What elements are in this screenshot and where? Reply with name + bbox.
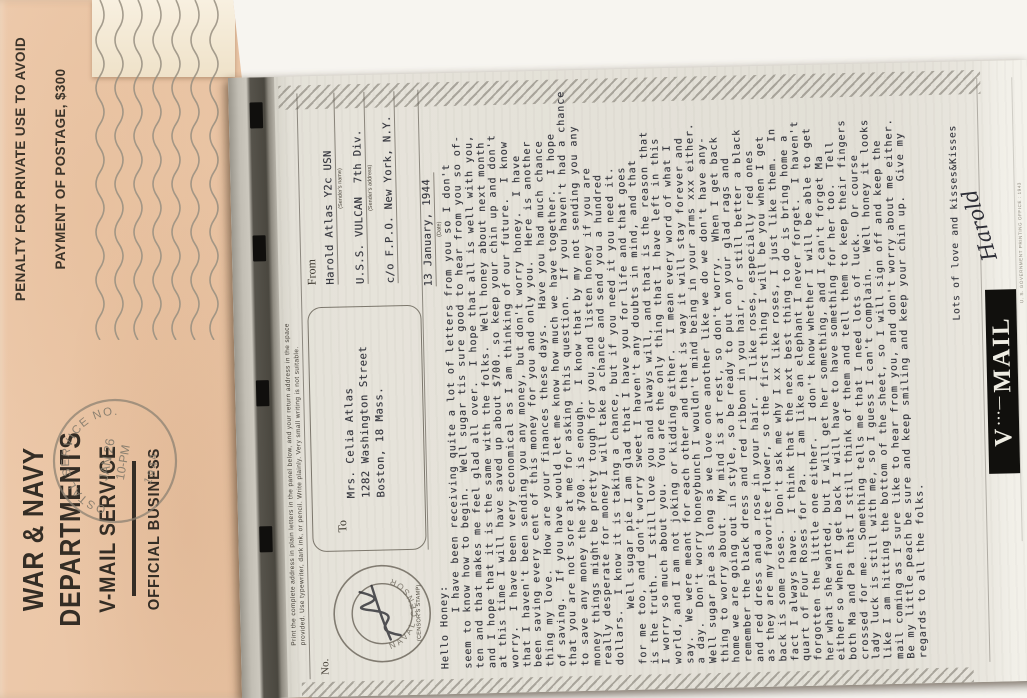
no-field-label: No. xyxy=(319,659,331,675)
film-mark xyxy=(256,380,270,406)
to-address-line: Boston, 18 Mass. xyxy=(371,345,389,498)
sender-address-field: U.S.S. VULCAN 7th Div. (Sender's address… xyxy=(350,92,376,284)
sender-address2-field: c/o F.P.O. New York, N.Y. xyxy=(380,91,398,283)
postmark-stamp: POSTAL SERVICE NO. 1 1944 JAN 26 10-PM xyxy=(40,386,191,537)
sender-name-field: Harold Atlas Y2c USN (Sender's name) xyxy=(320,92,346,284)
penalty-line2: PAYMENT OF POSTAGE, $300 xyxy=(52,16,68,321)
envelope-rotated-content: WAR & NAVY DEPARTMENTS V-MAIL SERVICE OF… xyxy=(0,0,230,698)
closing-line: Lots of love and kisses&Kisses xyxy=(947,125,962,321)
from-block: From Harold Atlas Y2c USN (Sender's name… xyxy=(300,91,406,285)
film-mark xyxy=(259,526,273,552)
war-navy-line1: WAR & NAVY xyxy=(16,424,53,635)
vmail-logo: V ···— MAIL xyxy=(985,289,1020,474)
sender-address2: c/o F.P.O. New York, N.Y. xyxy=(380,91,398,283)
cancellation-waves xyxy=(92,0,230,340)
letter-rotated-content: Print the complete address in plain lett… xyxy=(228,60,1027,698)
hatched-border-left xyxy=(302,667,974,697)
to-address: Mrs. Celia Atlas1282 Washington StreetBo… xyxy=(341,345,389,498)
vmail-letter: Print the complete address in plain lett… xyxy=(228,60,1027,698)
vmail-logo-v: V xyxy=(991,428,1016,447)
postmark-year: 1944 xyxy=(141,448,163,488)
film-mark xyxy=(253,235,267,261)
svg-text:1944: 1944 xyxy=(141,448,163,488)
to-panel: To Mrs. Celia Atlas1282 Washington Stree… xyxy=(307,305,427,553)
film-mark xyxy=(250,102,264,128)
penalty-notice: PENALTY FOR PRIVATE USE TO AVOID PAYMENT… xyxy=(12,10,92,328)
vmail-logo-mail: MAIL xyxy=(989,316,1016,393)
censor-initials-scribble xyxy=(360,585,401,640)
letter-body: Hello Honey: I have been receiving quite… xyxy=(427,76,930,669)
printing-office-note: U. S. GOVERNMENT PRINTING OFFICE : 1943 xyxy=(1017,182,1025,303)
scanned-vmail-document: WAR & NAVY DEPARTMENTS V-MAIL SERVICE OF… xyxy=(0,0,1027,698)
vmail-logo-morse: ···— xyxy=(990,395,1007,425)
from-label: From xyxy=(300,93,319,285)
to-label: To xyxy=(335,520,350,533)
penalty-line1: PENALTY FOR PRIVATE USE TO AVOID xyxy=(12,16,28,321)
